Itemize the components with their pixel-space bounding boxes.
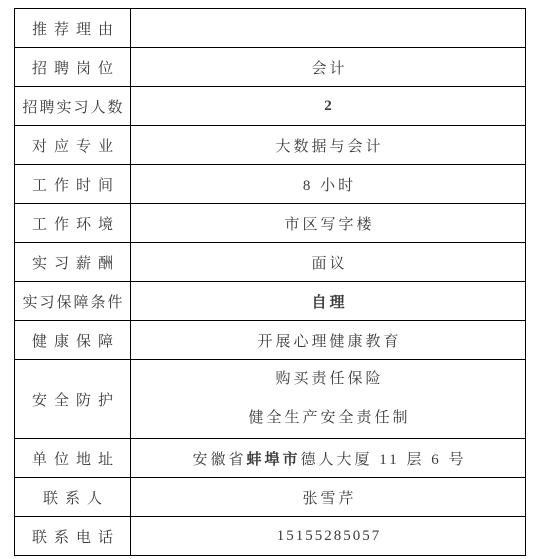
table-row-work-environment: 工作环境 市区写字楼 bbox=[15, 204, 526, 243]
table-row-internship-salary: 实习薪酬 面议 bbox=[15, 243, 526, 282]
document-page: 推荐理由 招聘岗位 会计 招聘实习人数 2 对应专业 大数据与会计 工作时间 8… bbox=[0, 0, 534, 559]
recommendation-reason-label: 推荐理由 bbox=[15, 9, 131, 48]
table-row-contact-person: 联系人 张雪芹 bbox=[15, 478, 526, 517]
related-major-label: 对应专业 bbox=[15, 126, 131, 165]
safety-protection-label: 安全防护 bbox=[15, 360, 131, 439]
internship-guarantee-value: 自理 bbox=[131, 282, 526, 321]
table-row-related-major: 对应专业 大数据与会计 bbox=[15, 126, 526, 165]
table-row-safety-protection: 安全防护 购买责任保险 健全生产安全责任制 bbox=[15, 360, 526, 439]
job-info-table: 推荐理由 招聘岗位 会计 招聘实习人数 2 对应专业 大数据与会计 工作时间 8… bbox=[14, 8, 526, 556]
safety-protection-value: 购买责任保险 健全生产安全责任制 bbox=[131, 360, 526, 439]
working-hours-label: 工作时间 bbox=[15, 165, 131, 204]
table-row-intern-headcount: 招聘实习人数 2 bbox=[15, 87, 526, 126]
address-prefix: 安徽省 bbox=[193, 452, 247, 468]
table-row-contact-phone: 联系电话 15155285057 bbox=[15, 517, 526, 556]
contact-person-label: 联系人 bbox=[15, 478, 131, 517]
safety-protection-line-2: 健全生产安全责任制 bbox=[131, 399, 525, 438]
table-row-health-protection: 健康保障 开展心理健康教育 bbox=[15, 321, 526, 360]
internship-guarantee-label: 实习保障条件 bbox=[15, 282, 131, 321]
internship-salary-value: 面议 bbox=[131, 243, 526, 282]
table-row-company-address: 单位地址 安徽省蚌埠市德人大厦 11 层 6 号 bbox=[15, 439, 526, 478]
intern-headcount-value: 2 bbox=[131, 87, 526, 126]
recruitment-position-label: 招聘岗位 bbox=[15, 48, 131, 87]
table-row-internship-guarantee: 实习保障条件 自理 bbox=[15, 282, 526, 321]
table-row-recommendation-reason: 推荐理由 bbox=[15, 9, 526, 48]
health-protection-value: 开展心理健康教育 bbox=[131, 321, 526, 360]
internship-salary-label: 实习薪酬 bbox=[15, 243, 131, 282]
related-major-value: 大数据与会计 bbox=[131, 126, 526, 165]
contact-phone-label: 联系电话 bbox=[15, 517, 131, 556]
contact-person-value: 张雪芹 bbox=[131, 478, 526, 517]
recruitment-position-value: 会计 bbox=[131, 48, 526, 87]
health-protection-label: 健康保障 bbox=[15, 321, 131, 360]
table-row-recruitment-position: 招聘岗位 会计 bbox=[15, 48, 526, 87]
working-hours-value: 8 小时 bbox=[131, 165, 526, 204]
intern-headcount-label: 招聘实习人数 bbox=[15, 87, 131, 126]
work-environment-label: 工作环境 bbox=[15, 204, 131, 243]
company-address-label: 单位地址 bbox=[15, 439, 131, 478]
safety-protection-line-1: 购买责任保险 bbox=[131, 360, 525, 399]
address-suffix: 德人大厦 11 层 6 号 bbox=[301, 452, 467, 468]
table-row-working-hours: 工作时间 8 小时 bbox=[15, 165, 526, 204]
address-city-bold: 蚌埠市 bbox=[247, 452, 301, 468]
contact-phone-value: 15155285057 bbox=[131, 517, 526, 556]
recommendation-reason-value bbox=[131, 9, 526, 48]
work-environment-value: 市区写字楼 bbox=[131, 204, 526, 243]
company-address-value: 安徽省蚌埠市德人大厦 11 层 6 号 bbox=[131, 439, 526, 478]
